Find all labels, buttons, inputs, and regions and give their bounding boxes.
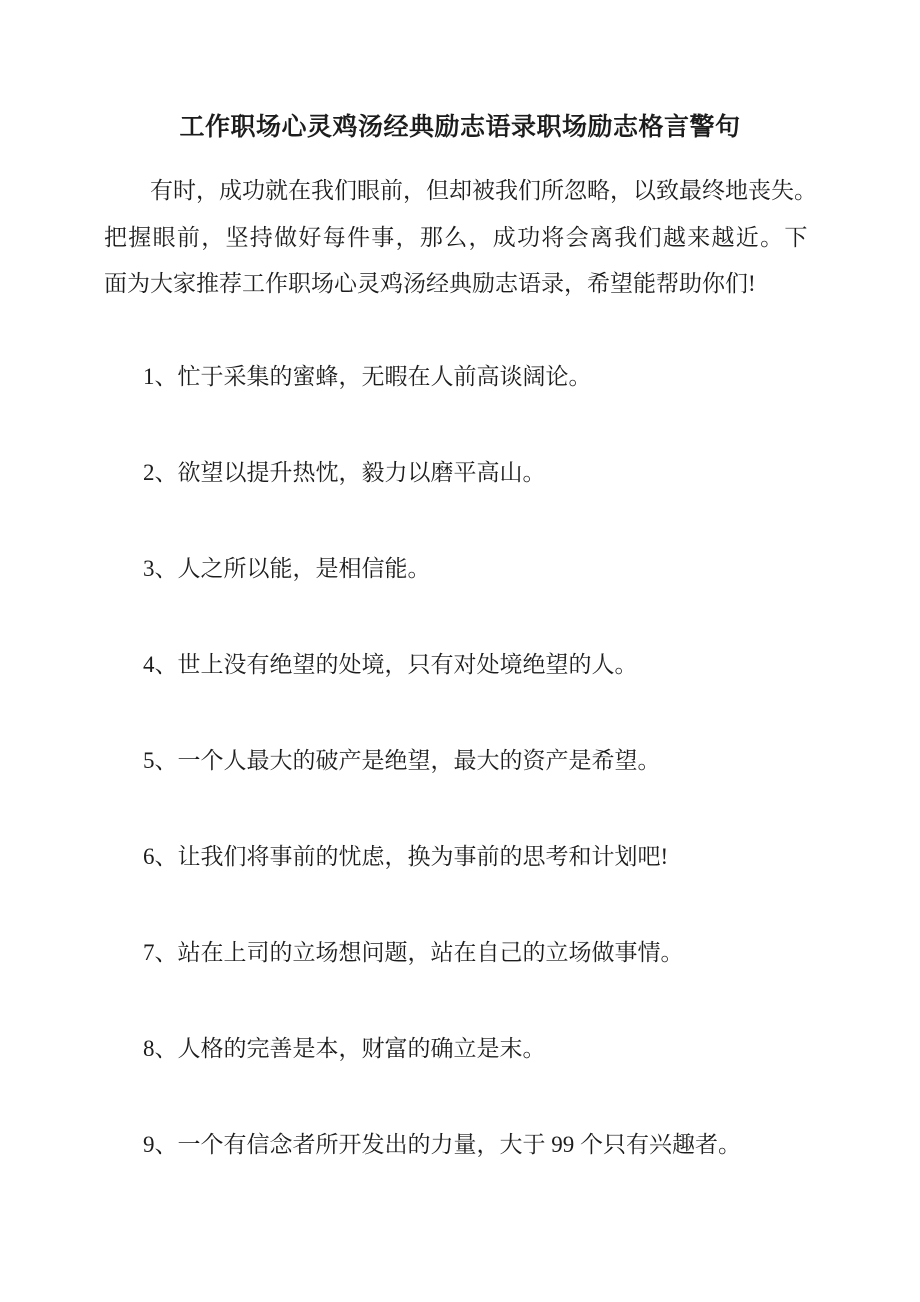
quote-item-7: 7、站在上司的立场想问题，站在自己的立场做事情。 — [104, 929, 816, 976]
quote-item-9: 9、一个有信念者所开发出的力量，大于 99 个只有兴趣者。 — [104, 1121, 816, 1168]
quote-item-4: 4、世上没有绝望的处境，只有对处境绝望的人。 — [104, 641, 816, 688]
quote-item-5: 5、一个人最大的破产是绝望，最大的资产是希望。 — [104, 737, 816, 784]
intro-line: 把握眼前，坚持做好每件事，那么，成功将会离我们越来越近。下 — [104, 215, 816, 262]
quote-item-8: 8、人格的完善是本，财富的确立是末。 — [104, 1025, 816, 1072]
quote-item-1: 1、忙于采集的蜜蜂，无暇在人前高谈阔论。 — [104, 353, 816, 400]
quote-list: 1、忙于采集的蜜蜂，无暇在人前高谈阔论。 2、欲望以提升热忱，毅力以磨平高山。 … — [104, 353, 816, 1168]
quote-item-2: 2、欲望以提升热忱，毅力以磨平高山。 — [104, 449, 816, 496]
document-page: 工作职场心灵鸡汤经典励志语录职场励志格言警句 有时，成功就在我们眼前，但却被我们… — [0, 0, 920, 1302]
quote-item-3: 3、人之所以能，是相信能。 — [104, 545, 816, 592]
document-title: 工作职场心灵鸡汤经典励志语录职场励志格言警句 — [0, 0, 920, 146]
intro-line: 面为大家推荐工作职场心灵鸡汤经典励志语录，希望能帮助你们! — [104, 261, 816, 308]
quote-item-6: 6、让我们将事前的忧虑，换为事前的思考和计划吧! — [104, 833, 816, 880]
intro-line: 有时，成功就在我们眼前，但却被我们所忽略，以致最终地丧失。 — [104, 168, 816, 215]
intro-paragraph: 有时，成功就在我们眼前，但却被我们所忽略，以致最终地丧失。 把握眼前，坚持做好每… — [104, 168, 816, 308]
